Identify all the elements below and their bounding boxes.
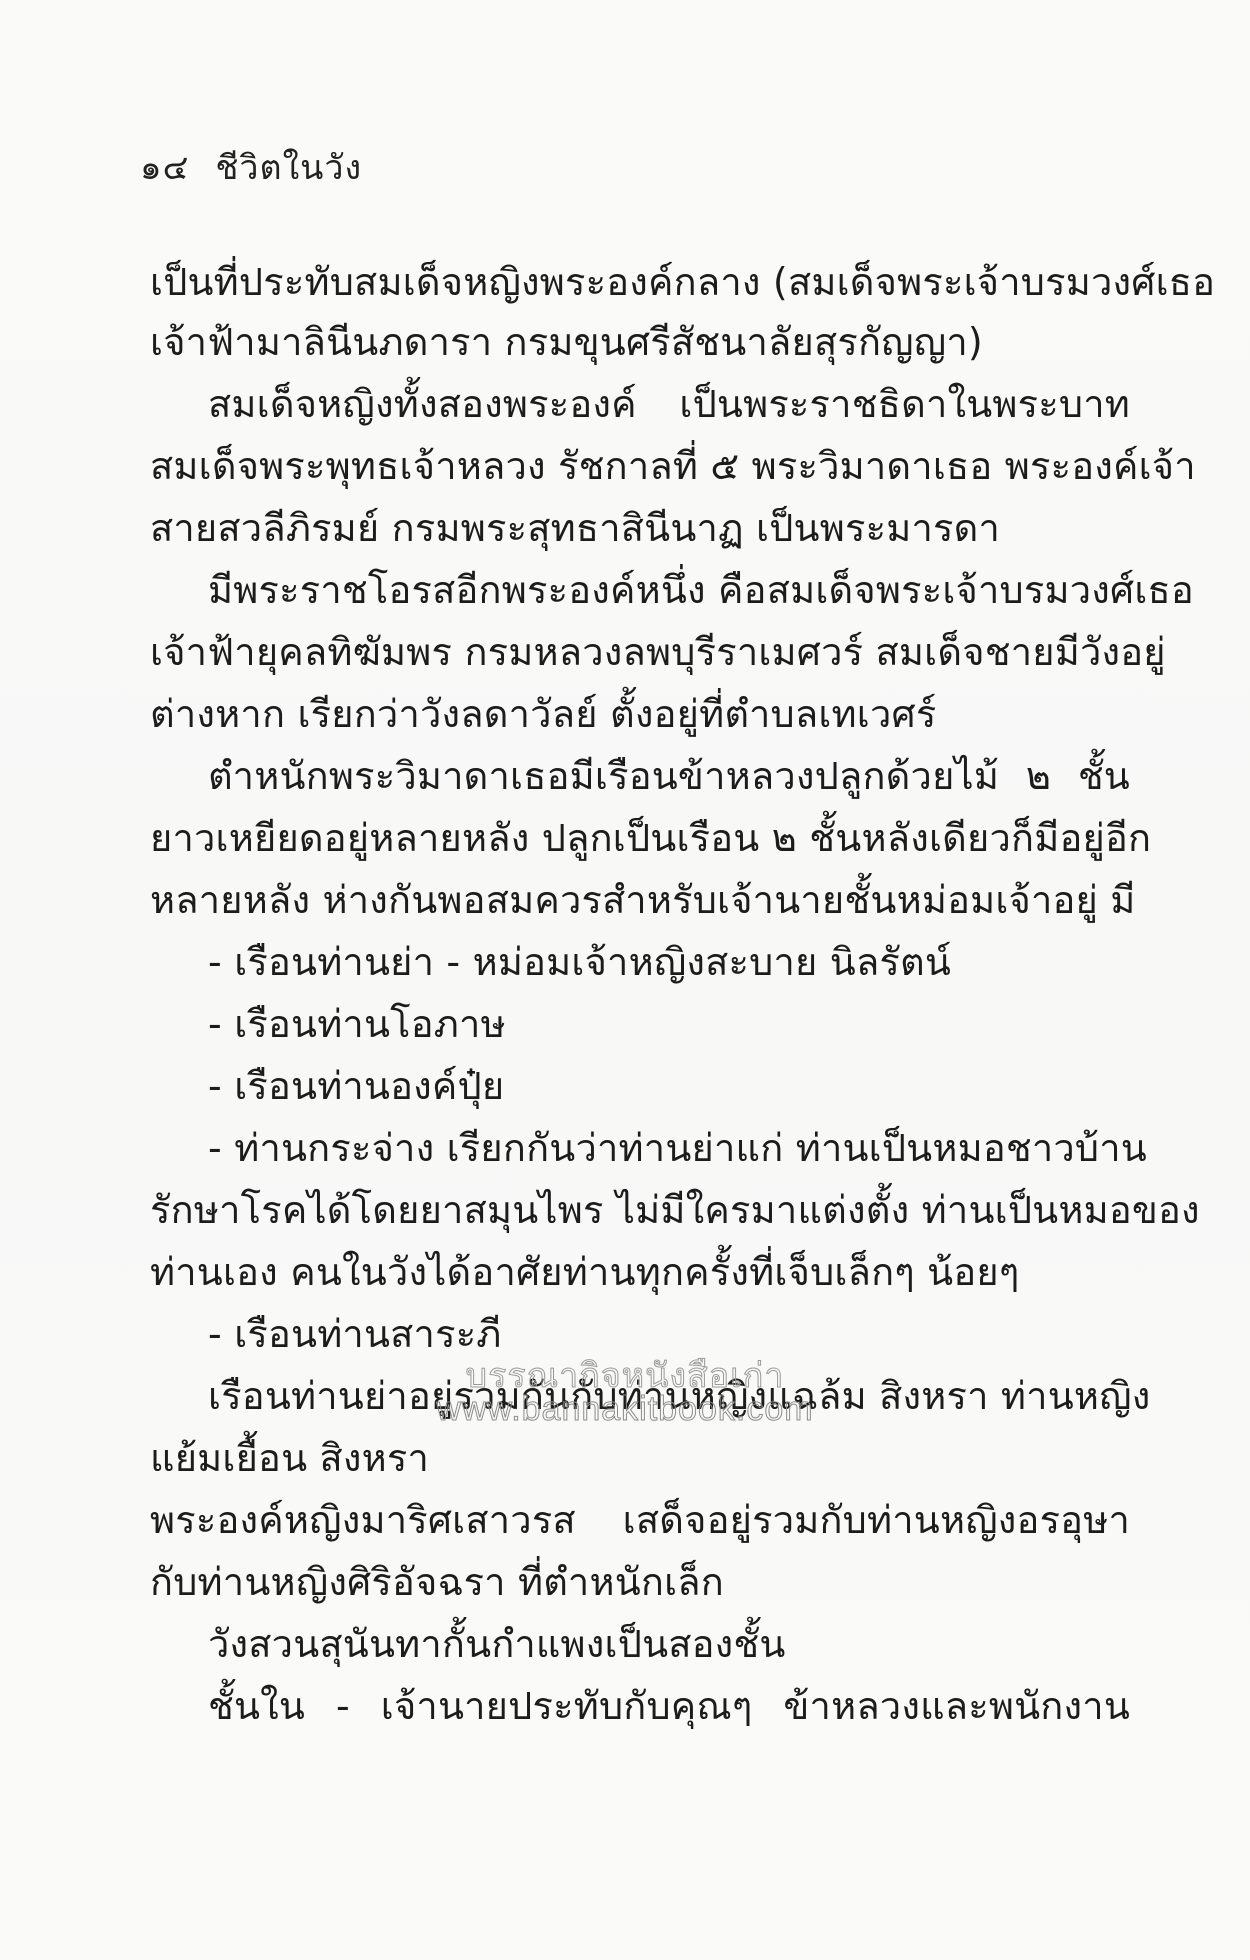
text-line: แย้มเยื้อน สิงหรา — [150, 1428, 429, 1488]
running-title: ชีวิตในวัง — [215, 140, 362, 194]
text-line: ชั้นใน - เจ้านายประทับกับคุณๆ ข้าหลวงและ… — [150, 1676, 1130, 1736]
text-line: ยาวเหยียดอยู่หลายหลัง ปลูกเป็นเรือน ๒ ชั… — [150, 808, 1130, 868]
text-line: - เรือนท่านสาระภี — [150, 1304, 502, 1364]
text-line: สายสวลีภิรมย์ กรมพระสุทธาสินีนาฏ เป็นพระ… — [150, 498, 1000, 558]
text-line: สมเด็จพระพุทธเจ้าหลวง รัชกาลที่ ๕ พระวิม… — [150, 436, 1130, 496]
text-line: - เรือนท่านย่า - หม่อมเจ้าหญิงสะบาย นิลร… — [150, 932, 951, 992]
text-line: เป็นที่ประทับสมเด็จหญิงพระองค์กลาง (สมเด… — [150, 252, 1130, 312]
text-line: รักษาโรคได้โดยยาสมุนไพร ไม่มีใครมาแต่งตั… — [150, 1180, 1130, 1240]
text-line: ตำหนักพระวิมาดาเธอมีเรือนข้าหลวงปลูกด้วย… — [150, 746, 1130, 806]
text-line: วังสวนสุนันทากั้นกำแพงเป็นสองชั้น — [150, 1614, 786, 1674]
text-line: กับท่านหญิงศิริอัจฉรา ที่ตำหนักเล็ก — [150, 1552, 724, 1612]
text-line: ต่างหาก เรียกว่าวังลดาวัลย์ ตั้งอยู่ที่ต… — [150, 684, 936, 744]
text-line: หลายหลัง ห่างกันพอสมควรสำหรับเจ้านายชั้น… — [150, 870, 1130, 930]
text-line: เจ้าฟ้ามาลินีนภดารา กรมขุนศรีสัชนาลัยสุร… — [150, 312, 983, 372]
page-number: ๑๔ — [140, 140, 189, 194]
running-header: ๑๔ ชีวิตในวัง — [140, 140, 362, 194]
text-line: - เรือนท่านโอภาษ — [150, 994, 506, 1054]
text-line: พระองค์หญิงมาริศเสาวรส เสด็จอยู่รวมกับท่… — [150, 1490, 1130, 1550]
book-page: ๑๔ ชีวิตในวัง เป็นที่ประทับสมเด็จหญิงพระ… — [0, 0, 1250, 1960]
text-line: มีพระราชโอรสอีกพระองค์หนึ่ง คือสมเด็จพระ… — [150, 560, 1130, 620]
text-line: - เรือนท่านองค์ปุ๋ย — [150, 1056, 504, 1116]
text-line: เรือนท่านย่าอยู่รวมกันกับท่านหญิงแฉล้ม ส… — [150, 1366, 1130, 1426]
text-line: เจ้าฟ้ายุคลทิฆัมพร กรมหลวงลพบุรีราเมศวร์… — [150, 622, 1130, 682]
text-line: ท่านเอง คนในวังได้อาศัยท่านทุกครั้งที่เจ… — [150, 1242, 1019, 1302]
text-line: สมเด็จหญิงทั้งสองพระองค์ เป็นพระราชธิดาใ… — [150, 374, 1130, 434]
text-line: - ท่านกระจ่าง เรียกกันว่าท่านย่าแก่ ท่าน… — [150, 1118, 1130, 1178]
